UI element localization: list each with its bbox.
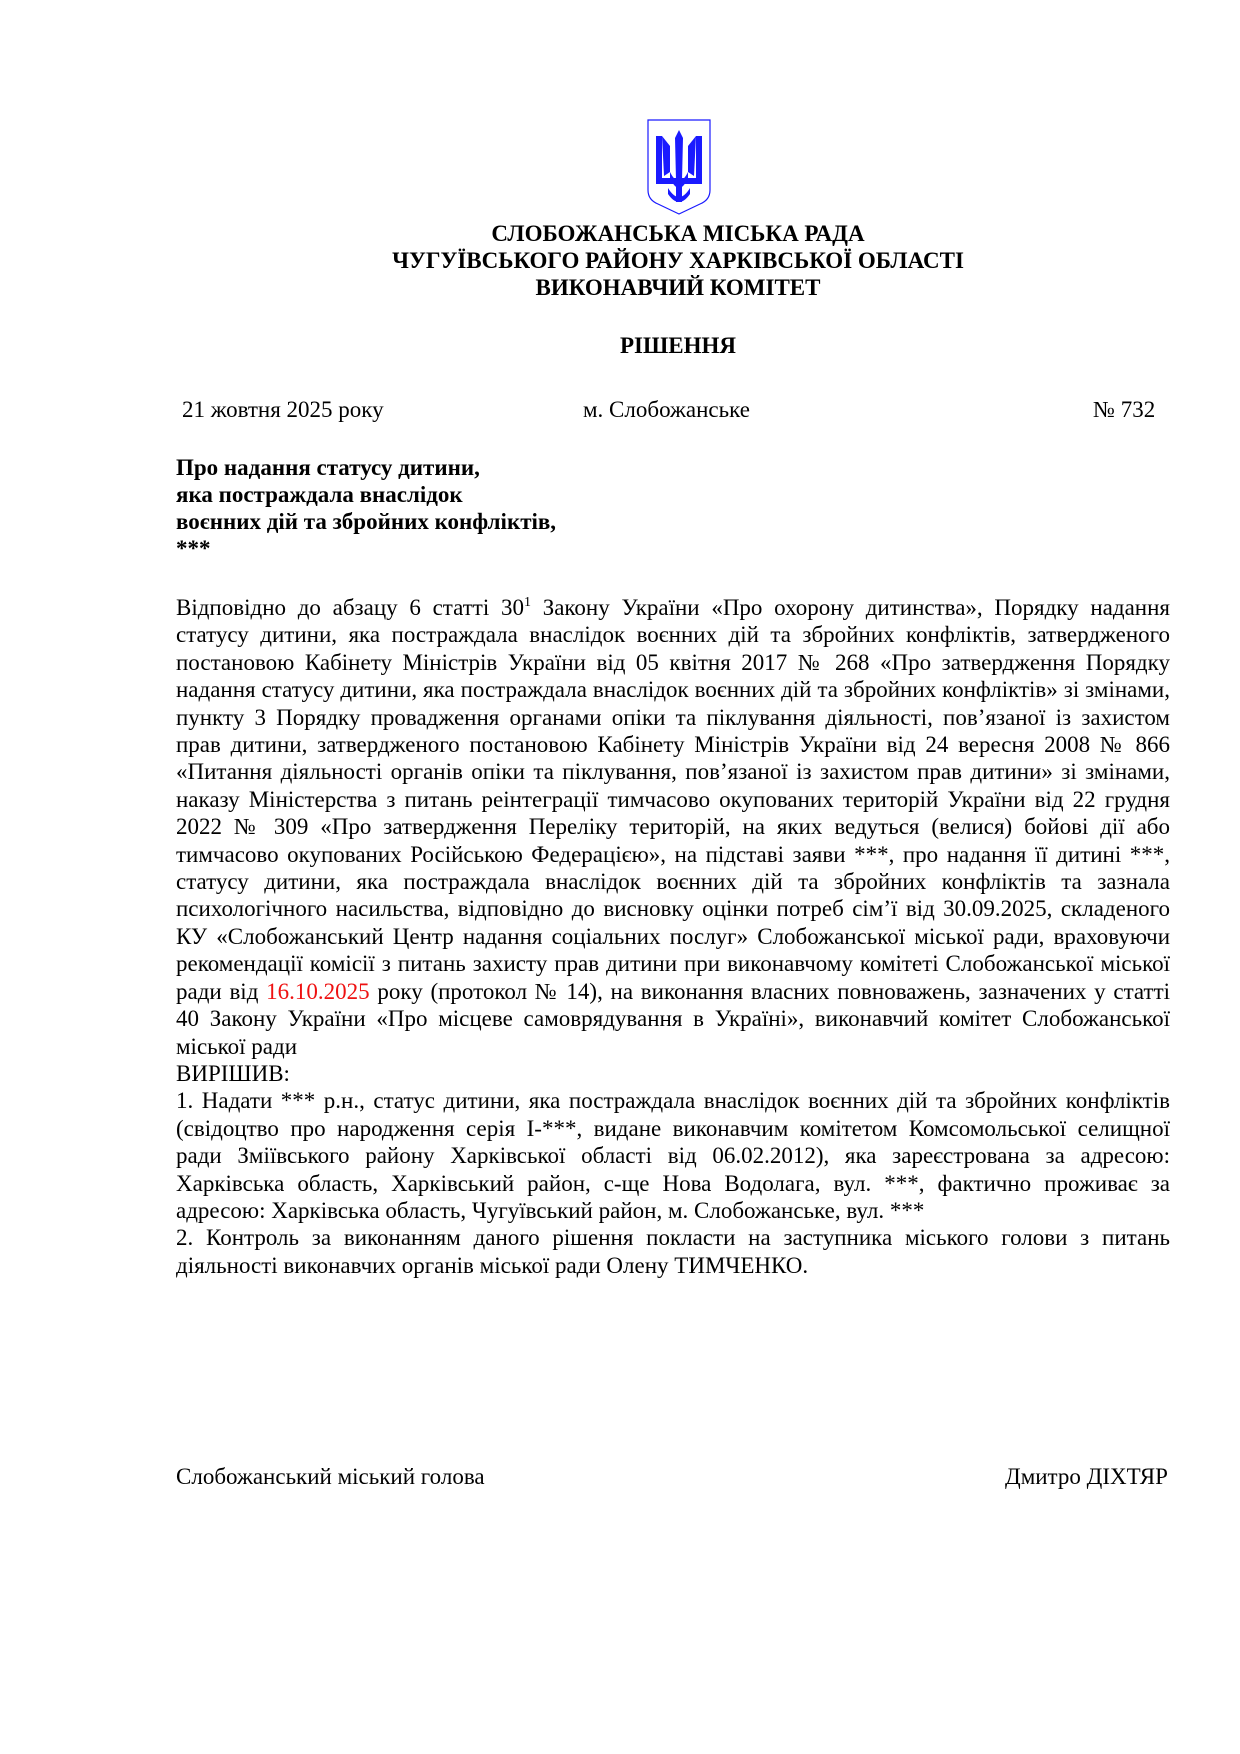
preamble-paragraph: Відповідно до абзацу 6 статті 301 Закону… [176, 594, 1170, 1060]
signatory-title: Слобожанський міський голова [176, 1463, 485, 1490]
committee-name: ВИКОНАВЧИЙ КОМІТЕТ [0, 274, 1240, 301]
article-superscript: 1 [524, 595, 531, 610]
document-body: Відповідно до абзацу 6 статті 301 Закону… [176, 594, 1170, 1279]
council-name: СЛОБОЖАНСЬКА МІСЬКА РАДА [0, 220, 1240, 247]
resolution-item-1: 1. Надати *** р.н., статус дитини, яка п… [176, 1087, 1170, 1224]
subject-line: воєнних дій та збройних конфліктів, [176, 508, 556, 535]
preamble-text: Закону України «Про охорону дитинства», … [176, 595, 1170, 1004]
signatory-name: Дмитро ДІХТЯР [1005, 1463, 1168, 1490]
subject-line: Про надання статусу дитини, [176, 454, 556, 481]
ukraine-coat-of-arms-icon [644, 116, 714, 216]
subject-line: яка постраждала внаслідок [176, 481, 556, 508]
resolved-heading: ВИРІШИВ: [176, 1060, 1170, 1087]
preamble-text: Відповідно до абзацу 6 статті 30 [176, 595, 524, 620]
district-name: ЧУГУЇВСЬКОГО РАЙОНУ ХАРКІВСЬКОЇ ОБЛАСТІ [0, 247, 1240, 274]
subject-line: *** [176, 535, 556, 562]
document-type: РІШЕННЯ [0, 333, 1240, 359]
resolution-item-2: 2. Контроль за виконанням даного рішення… [176, 1224, 1170, 1279]
document-city: м. Слобожанське [583, 396, 750, 423]
document-date: 21 жовтня 2025 року [182, 396, 384, 423]
document-subject: Про надання статусу дитини, яка постражд… [176, 454, 556, 562]
document-number: № 732 [1093, 396, 1155, 423]
document-page: СЛОБОЖАНСЬКА МІСЬКА РАДА ЧУГУЇВСЬКОГО РА… [0, 0, 1240, 1754]
commission-date-highlight: 16.10.2025 [266, 979, 370, 1004]
